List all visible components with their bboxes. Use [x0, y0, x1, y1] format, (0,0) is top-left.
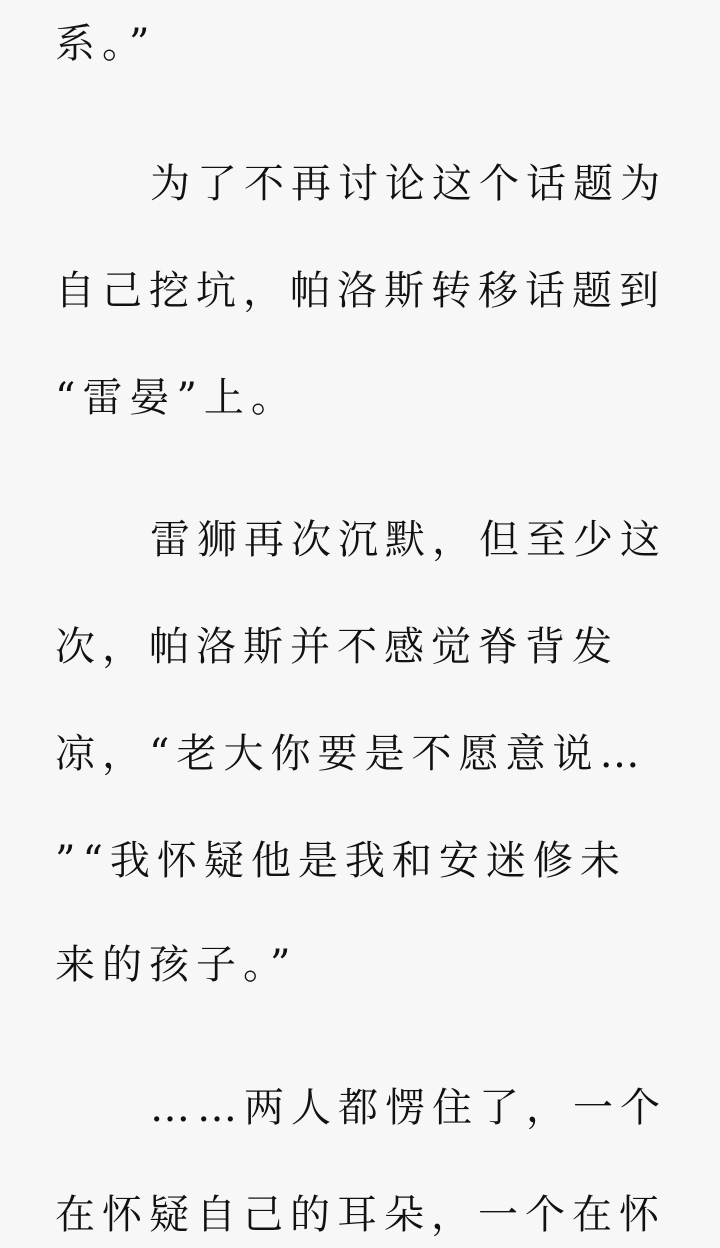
paragraph-first-line: 雷狮再次沉默，但至少这: [150, 510, 680, 570]
reader-page: 系。” 为了不再讨论这个话题为 自己挖坑，帕洛斯转移话题到 “雷晏”上。 雷狮再…: [0, 0, 720, 1248]
text-line: 次，帕洛斯并不感觉脊背发: [55, 617, 675, 677]
text-line: ”“我怀疑他是我和安迷修未: [55, 831, 675, 891]
text-line: 来的孩子。”: [55, 935, 675, 995]
paragraph-first-line: 为了不再讨论这个话题为: [150, 154, 680, 214]
text-line: “雷晏”上。: [55, 368, 675, 428]
text-line: 系。”: [55, 14, 675, 74]
paragraph-first-line: ……两人都愣住了，一个: [150, 1078, 680, 1138]
text-line: 自己挖坑，帕洛斯转移话题到: [55, 261, 675, 321]
text-line: 凉，“老大你要是不愿意说…: [55, 724, 675, 784]
text-line: 在怀疑自己的耳朵，一个在怀: [55, 1185, 675, 1245]
